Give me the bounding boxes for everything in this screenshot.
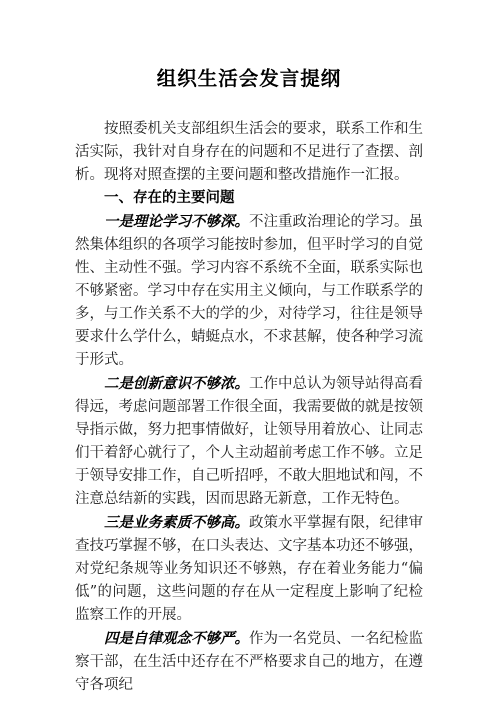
problem-item-1-lead: 一是理论学习不够深。 [104, 213, 249, 230]
problem-item-4-lead: 四是自律观念不够严。 [104, 630, 249, 647]
problem-item-1-body: 不注重政治理论的学习。虽然集体组织的各项学习能按时参加，但平时学习的自觉性、主动… [75, 214, 423, 368]
problem-item-2-lead: 二是创新意识不够浓。 [104, 375, 249, 392]
problem-item-2-body: 工作中总认为领导站得高看得远，考虑问题部署工作很全面，我需要做的就是按领导指示做… [75, 376, 423, 507]
problem-item-3-body: 政策水平掌握有限，纪律审查技巧掌握不够，在口头表达、文字基本功还不够强，对党纪条… [75, 515, 423, 623]
document-body: 按照委机关支部组织生活会的要求，联系工作和生活实际，我针对自身存在的问题和不足进… [75, 118, 423, 697]
intro-paragraph: 按照委机关支部组织生活会的要求，联系工作和生活实际，我针对自身存在的问题和不足进… [75, 118, 423, 187]
document-page: 组织生活会发言提纲 按照委机关支部组织生活会的要求，联系工作和生活实际，我针对自… [0, 0, 496, 702]
problem-item-3: 三是业务素质不够高。政策水平掌握有限，纪律审查技巧掌握不够，在口头表达、文字基本… [75, 511, 423, 627]
problem-item-3-lead: 三是业务素质不够高。 [104, 514, 249, 531]
section-heading: 一、存在的主要问题 [75, 187, 423, 210]
problem-item-1: 一是理论学习不够深。不注重政治理论的学习。虽然集体组织的各项学习能按时参加，但平… [75, 210, 423, 372]
problem-item-2: 二是创新意识不够浓。工作中总认为领导站得高看得远，考虑问题部署工作很全面，我需要… [75, 372, 423, 511]
problem-item-4: 四是自律观念不够严。作为一名党员、一名纪检监察干部，在生活中还存在不严格要求自己… [75, 627, 423, 697]
document-title: 组织生活会发言提纲 [75, 64, 423, 94]
